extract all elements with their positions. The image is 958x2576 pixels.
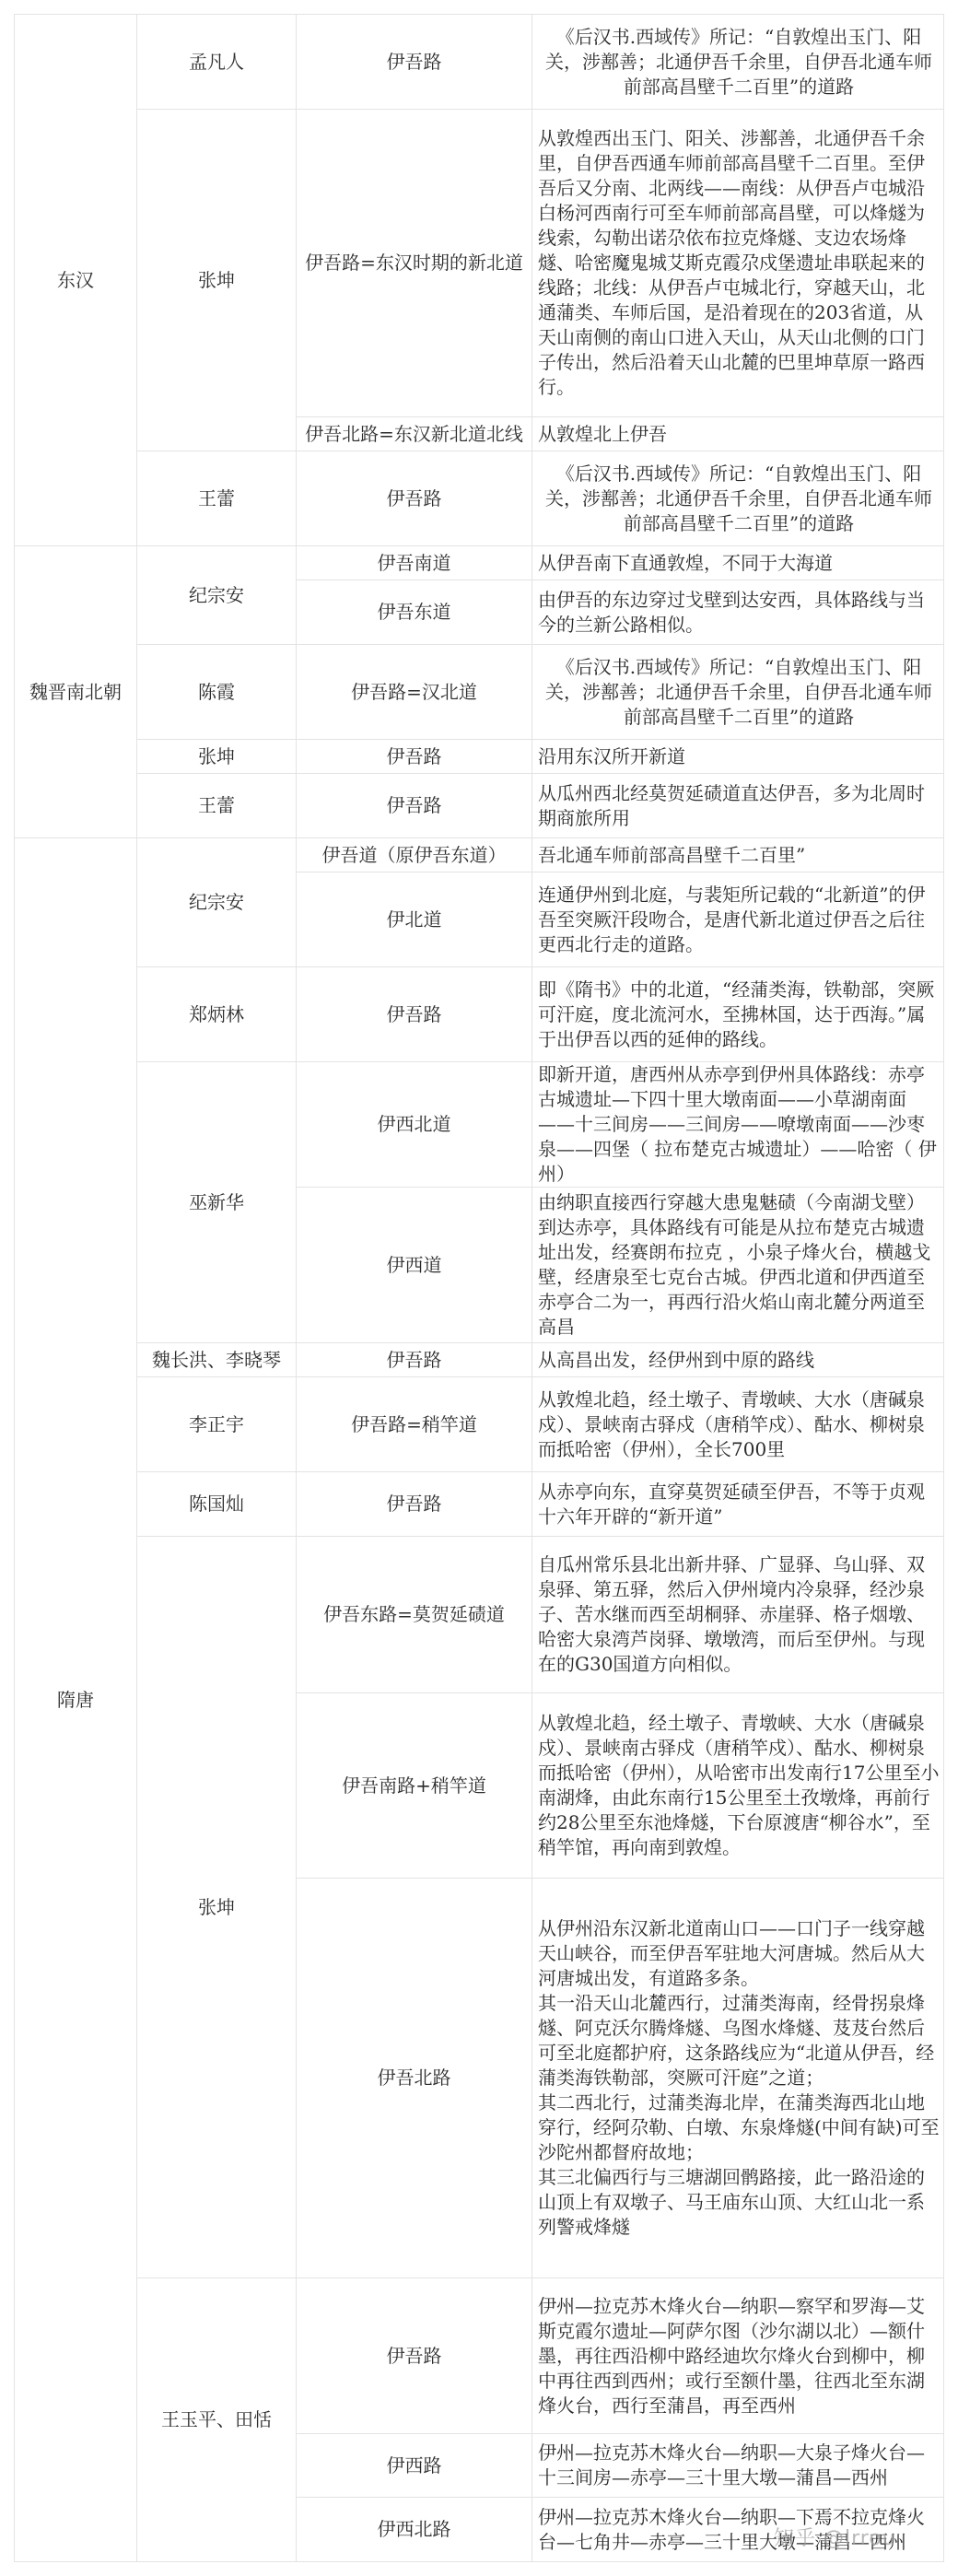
route-name-cell: 伊吾路 [297,1472,532,1537]
route-description-cell: 《后汉书.西域传》所记：“自敦煌出玉门、阳关，涉鄯善；北通伊吾千余里，自伊吾北通… [532,451,944,546]
route-name-cell: 伊吾路 [297,774,532,838]
scholar-cell: 张坤 [137,740,297,774]
route-description-cell: 从高昌出发，经伊州到中原的路线 [532,1343,944,1377]
table-row: 张坤伊吾路=东汉时期的新北道从敦煌西出玉门、阳关、涉鄯善，北通伊吾千余里，自伊吾… [15,110,944,417]
route-description-cell: 从伊州沿东汉新北道南山口——口门子一线穿越天山峡谷，而至伊吾军驻地大河唐城。然后… [532,1879,944,2278]
table-row: 魏晋南北朝纪宗安伊吾南道从伊吾南下直通敦煌，不同于大海道 [15,546,944,580]
route-name-cell: 伊西北路 [297,2498,532,2562]
scholar-cell: 巫新华 [137,1062,297,1343]
route-description-cell: 伊州—拉克苏木烽火台—纳职—察罕和罗海—艾斯克霞尔遗址—阿萨尔图（沙尔湖以北）—… [532,2278,944,2434]
scholar-cell: 王玉平、田恬 [137,2278,297,2562]
route-description-cell: 从敦煌北趋，经土墩子、青墩峡、大水（唐碱泉戍）、景峡南古驿戍（唐稍竿戍）、酤水、… [532,1377,944,1472]
route-name-cell: 伊吾路 [297,15,532,110]
route-description-cell: 吾北通车师前部高昌壁千二百里” [532,838,944,872]
scholar-cell: 郑炳林 [137,967,297,1062]
route-name-cell: 伊吾路=稍竿道 [297,1377,532,1472]
route-name-cell: 伊吾路 [297,740,532,774]
route-name-cell: 伊吾道（原伊吾东道） [297,838,532,872]
table-row: 隋唐纪宗安伊吾道（原伊吾东道）吾北通车师前部高昌壁千二百里” [15,838,944,872]
period-cell: 东汉 [15,15,137,546]
routes-table-body: 东汉孟凡人伊吾路《后汉书.西域传》所记：“自敦煌出玉门、阳关，涉鄯善；北通伊吾千… [15,15,944,2562]
scholar-cell: 王蕾 [137,451,297,546]
table-row: 张坤伊吾路沿用东汉所开新道 [15,740,944,774]
route-description-cell: 伊州—拉克苏木烽火台—纳职—下焉不拉克烽火台—七角井—赤亭—三十里大墩—蒲昌—西… [532,2498,944,2562]
table-row: 陈国灿伊吾路从赤亭向东，直穿莫贺延碛至伊吾，不等于贞观十六年开辟的“新开道” [15,1472,944,1537]
routes-table: 东汉孟凡人伊吾路《后汉书.西域传》所记：“自敦煌出玉门、阳关，涉鄯善；北通伊吾千… [14,14,944,2562]
table-row: 东汉孟凡人伊吾路《后汉书.西域传》所记：“自敦煌出玉门、阳关，涉鄯善；北通伊吾千… [15,15,944,110]
table-row: 李正宇伊吾路=稍竿道从敦煌北趋，经土墩子、青墩峡、大水（唐碱泉戍）、景峡南古驿戍… [15,1377,944,1472]
scholar-cell: 张坤 [137,110,297,451]
route-description-cell: 从瓜州西北经莫贺延碛道直达伊吾，多为北周时期商旅所用 [532,774,944,838]
scholar-cell: 纪宗安 [137,546,297,645]
scholar-cell: 陈国灿 [137,1472,297,1537]
route-description-cell: 由纳职直接西行穿越大患鬼魅碛（今南湖戈壁） 到达赤亭，具体路线有可能是从拉布楚克… [532,1188,944,1343]
route-description-cell: 从敦煌西出玉门、阳关、涉鄯善，北通伊吾千余里，自伊吾西通车师前部高昌壁千二百里。… [532,110,944,417]
table-row: 王蕾伊吾路从瓜州西北经莫贺延碛道直达伊吾，多为北周时期商旅所用 [15,774,944,838]
route-description-cell: 从敦煌北趋，经土墩子、青墩峡、大水（唐碱泉戍）、景峡南古驿戍（唐稍竿戍）、酤水、… [532,1693,944,1879]
route-name-cell: 伊吾路 [297,1343,532,1377]
table-row: 郑炳林伊吾路即《隋书》中的北道，“经蒲类海，铁勒部，突厥可汗庭，度北流河水，至拂… [15,967,944,1062]
route-description-cell: 自瓜州常乐县北出新井驿、广显驿、乌山驿、双泉驿、第五驿，然后入伊州境内冷泉驿，经… [532,1537,944,1693]
table-row: 王玉平、田恬伊吾路伊州—拉克苏木烽火台—纳职—察罕和罗海—艾斯克霞尔遗址—阿萨尔… [15,2278,944,2434]
table-row: 王蕾伊吾路《后汉书.西域传》所记：“自敦煌出玉门、阳关，涉鄯善；北通伊吾千余里，… [15,451,944,546]
table-row: 魏长洪、李晓琴伊吾路从高昌出发，经伊州到中原的路线 [15,1343,944,1377]
scholar-cell: 陈霞 [137,645,297,740]
table-row: 巫新华伊西北道即新开道，唐西州从赤亭到伊州具体路线：赤亭古城遗址—下四十里大墩南… [15,1062,944,1188]
route-name-cell: 伊吾东路=莫贺延碛道 [297,1537,532,1693]
period-cell: 魏晋南北朝 [15,546,137,838]
route-name-cell: 伊吾北路=东汉新北道北线 [297,417,532,451]
table-row: 陈霞伊吾路=汉北道《后汉书.西域传》所记：“自敦煌出玉门、阳关，涉鄯善；北通伊吾… [15,645,944,740]
period-cell: 隋唐 [15,838,137,2562]
route-name-cell: 伊西北道 [297,1062,532,1188]
route-description-cell: 《后汉书.西域传》所记：“自敦煌出玉门、阳关，涉鄯善；北通伊吾千余里，自伊吾北通… [532,645,944,740]
route-description-cell: 从赤亭向东，直穿莫贺延碛至伊吾，不等于贞观十六年开辟的“新开道” [532,1472,944,1537]
route-name-cell: 伊吾东道 [297,580,532,645]
route-description-cell: 从伊吾南下直通敦煌，不同于大海道 [532,546,944,580]
route-description-cell: 连通伊州到北庭，与裴矩所记载的“北新道”的伊吾至突厥汗段吻合，是唐代新北道过伊吾… [532,872,944,967]
scholar-cell: 王蕾 [137,774,297,838]
route-name-cell: 伊吾南道 [297,546,532,580]
table-row: 张坤伊吾东路=莫贺延碛道自瓜州常乐县北出新井驿、广显驿、乌山驿、双泉驿、第五驿，… [15,1537,944,1693]
route-description-cell: 《后汉书.西域传》所记：“自敦煌出玉门、阳关，涉鄯善；北通伊吾千余里，自伊吾北通… [532,15,944,110]
route-name-cell: 伊吾北路 [297,1879,532,2278]
route-name-cell: 伊吾路 [297,451,532,546]
scholar-cell: 孟凡人 [137,15,297,110]
route-description-cell: 从敦煌北上伊吾 [532,417,944,451]
route-name-cell: 伊西路 [297,2434,532,2498]
route-description-cell: 由伊吾的东边穿过戈壁到达安西，具体路线与当今的兰新公路相似。 [532,580,944,645]
route-name-cell: 伊吾南路+稍竿道 [297,1693,532,1879]
scholar-cell: 纪宗安 [137,838,297,967]
route-name-cell: 伊吾路=东汉时期的新北道 [297,110,532,417]
route-description-cell: 沿用东汉所开新道 [532,740,944,774]
scholar-cell: 李正宇 [137,1377,297,1472]
scholar-cell: 魏长洪、李晓琴 [137,1343,297,1377]
route-name-cell: 伊北道 [297,872,532,967]
route-description-cell: 即新开道，唐西州从赤亭到伊州具体路线：赤亭古城遗址—下四十里大墩南面——小草湖南… [532,1062,944,1188]
route-name-cell: 伊吾路=汉北道 [297,645,532,740]
route-name-cell: 伊西道 [297,1188,532,1343]
route-name-cell: 伊吾路 [297,967,532,1062]
route-description-cell: 即《隋书》中的北道，“经蒲类海，铁勒部，突厥可汗庭，度北流河水，至拂林国，达于西… [532,967,944,1062]
scholar-cell: 张坤 [137,1537,297,2278]
route-name-cell: 伊吾路 [297,2278,532,2434]
route-description-cell: 伊州—拉克苏木烽火台—纳职—大泉子烽火台—十三间房—赤亭—三十里大墩—蒲昌—西州 [532,2434,944,2498]
